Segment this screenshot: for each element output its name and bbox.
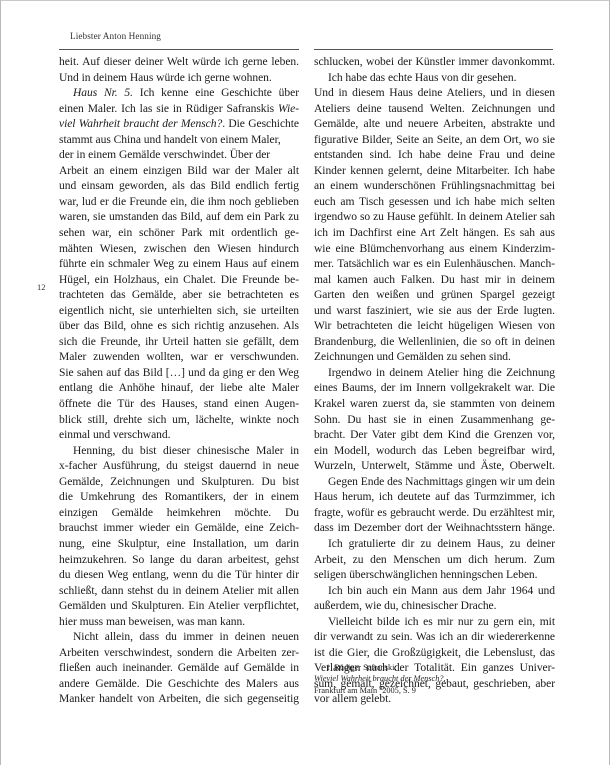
text-line: schlucken, wobei der Künstler immer davo… [314,55,555,71]
text-line: einzigen Gemälde heimkehren möchte. Du [59,506,299,522]
text-line: einmal und verschwand. [59,428,299,444]
text-line: die Umkehrung des Romantikers, der in ei… [59,490,299,506]
footnote-imprint: Frankfurt am Main 92005, S. 9 [314,684,446,696]
text-line: Ateliers deine tausend Welten. Zeichnung… [314,102,555,118]
text-line: Gemälde, Zeichnungen und Skulpturen. Du … [59,475,299,491]
text-line: Garten den weißen und grünen Spargel gez… [314,288,555,304]
text-line: an einem wunderschönen Frühlingsnachmitt… [314,179,555,195]
text-line: öffnete die Tür des Hauses, stand einen … [59,397,299,413]
line-text: . Die Geschichte [222,118,299,130]
footnote-author: Rüdiger Safranski: [334,663,396,672]
text-line: heit. Auf dieser deiner Welt würde ich g… [59,55,299,71]
text-line: viel Wahrheit braucht der Mensch?. Die G… [59,117,299,133]
text-line: trachteten das Gemälde, aber sie betrach… [59,288,299,304]
text-line: und warst fasziniert, wie sie aus der Er… [314,304,555,320]
text-line: sehen war, ein schöner Park mit ordentli… [59,226,299,242]
text-line: entlang die Anhöhe hinauf, der liebe alt… [59,381,299,397]
text-line: ein Modell, wodurch das Leben begreifbar… [314,444,555,460]
text-line: der in einem Gemälde verschwindet. Über … [59,148,299,164]
text-line: Wir betrachteten die leicht hügeligen Wi… [314,319,555,335]
text-line: wie eine Blümchenvorhang aus einem Kinde… [314,242,555,258]
text-line: stammt aus China und handelt von einem M… [59,133,299,149]
header-rule-left [59,49,299,50]
text-line: du diesen Weg entlang, wenn du die Tür h… [59,568,299,584]
text-line: Brandenburg, die Wellenlinien, die so of… [314,335,555,351]
text-line: andere Gemälde. Die Geschichte des Maler… [59,677,299,693]
text-line: ich im Dachfirst eine Art Zelt hängen. E… [314,226,555,242]
text-line: Kinder kennen gelernt, deine Mitarbeiter… [314,164,555,180]
text-line: nung, eine Skulptur, eine Installation, … [59,537,299,553]
text-line: dass im Dezember dort der Weihnachtsster… [314,521,555,537]
footnote-year-page: 2005, S. 9 [382,686,416,695]
text-column-right: schlucken, wobei der Künstler immer davo… [314,55,555,708]
text-line: figurative Bilder, Seite an Seite, an de… [314,133,555,149]
text-line: Irgendwo in deinem Atelier hing die Zeic… [314,366,555,382]
text-line: Zeichnungen und Gemälden zu sehen sind. [314,350,555,366]
italic-text: Haus Nr. 5. [73,87,133,99]
text-line: sich die Freunde, ihr Urteil hatten sie … [59,335,299,351]
text-line: Gemälde, alte und neuere Arbeiten, abstr… [314,117,555,133]
text-line: außerdem, wie du, chinesischer Drache. [314,599,555,615]
text-line: dir verwandt zu sein. Was ich an dir wie… [314,630,555,646]
text-line: Vielleicht bilde ich es mir nur zu gern … [314,615,555,631]
text-line: waren, sie umstanden das Bild, auf dem e… [59,210,299,226]
text-line: Arbeit, zu den Menschen um dich herum. Z… [314,553,555,569]
text-line: Und in deinem Haus würde ich gerne wohne… [59,71,299,87]
header-rule-right [314,49,553,50]
text-line: Sie sahen auf das Bild […] und da ging e… [59,366,299,382]
text-line: Haus herum, ich deutete auf das Turmzimm… [314,490,555,506]
text-line: Gemälden und Skulpturen. Ein Atelier ver… [59,599,299,615]
text-line: eigentlich nicht, sie unterhielten sich,… [59,304,299,320]
text-line: und einsam geworden, als das Bild endlic… [59,179,299,195]
text-line: euch am Tisch gesessen und ich habe mich… [314,195,555,211]
line-text: Ich kenne eine Geschichte über [133,87,299,99]
footnote-place: Frankfurt am Main [314,686,379,695]
text-line: bracht. Der Vater gibt dem Kind die Gren… [314,428,555,444]
text-line: mähten Wiesen, zwischen den Wiesen hindu… [59,242,299,258]
text-line: Krakel waren zuerst da, sie stammten von… [314,397,555,413]
running-head: Liebster Anton Henning [70,31,161,41]
line-text: einen Maler. Ich las sie in Rüdiger Safr… [59,103,278,115]
text-line: Manker handelt von Arbeiten, die sich ge… [59,692,299,708]
footnote-author-line: 1 Rüdiger Safranski: [314,662,446,673]
text-line: seligen überschwänglichen henningschen L… [314,568,555,584]
italic-text: Wie- [278,103,299,115]
text-line: Hügel, ein Holzhaus, ein Chalet. Die Fre… [59,273,299,289]
text-line: schließt, dann stehst du in deinem Ateli… [59,584,299,600]
footnote-number: 1 [326,663,330,672]
text-line: eines Baums, der im Innern vollgekrakelt… [314,381,555,397]
text-line: Ich bin auch ein Mann aus dem Jahr 1964 … [314,584,555,600]
italic-text: viel Wahrheit braucht der Mensch? [59,118,222,130]
footnote-title: Wieviel Wahrheit braucht der Mensch?, [314,673,446,684]
text-line: heimzukehren. So lange du daran arbeites… [59,553,299,569]
text-line: war, lud er die Freunde ein, die ihm noc… [59,195,299,211]
page-number: 12 [37,282,46,292]
text-line: blick still, drehte sich um, lächelte, w… [59,413,299,429]
text-line: x-facher Ausführung, du steigst dauernd … [59,459,299,475]
text-line: über das Bild, ohne es sich richtig anzu… [59,319,299,335]
text-line: mal kamen auch Falken. Du hast mir in de… [314,273,555,289]
text-line: Und in diesem Haus deine Ateliers, und i… [314,86,555,102]
text-line: ist die Gier, die Großzügigkeit, die Leb… [314,646,555,662]
text-line: fragte, wofür es gebraucht werde. Du erz… [314,506,555,522]
text-line: Arbeiten verschwindest, sondern die Arbe… [59,646,299,662]
text-line: irgendwo so zu Hause gefühlt. In deinem … [314,210,555,226]
text-line: entstanden sind. Ich habe deine Frau und… [314,148,555,164]
text-column-left: heit. Auf dieser deiner Welt würde ich g… [59,55,299,708]
text-line: Nicht allein, dass du immer in deinen ne… [59,630,299,646]
footnote: 1 Rüdiger Safranski: Wieviel Wahrheit br… [314,662,446,696]
text-line: Haus Nr. 5. Ich kenne eine Geschichte üb… [59,86,299,102]
text-line: Arbeit an einem einzigen Bild war der Ma… [59,164,299,180]
text-line: hier muss man beweisen, was man kann. [59,615,299,631]
text-line: Ich gratulierte dir zu deinem Haus, zu d… [314,537,555,553]
text-line: einen Maler. Ich las sie in Rüdiger Safr… [59,102,299,118]
text-line: mer. Tatsächlich war es ein Eulenhäusche… [314,257,555,273]
text-line: Ich habe das echte Haus von dir gesehen. [314,71,555,87]
text-line: Maler zuwenden wollten, war er verschwun… [59,350,299,366]
text-line: brauchst immer wieder ein Gemälde, eine … [59,521,299,537]
text-line: fließen auch ineinander. Gemälde auf Gem… [59,661,299,677]
text-line: Sohn. Du hast sie in einen Zusammenhang … [314,413,555,429]
text-line: Gegen Ende des Nachmittags gingen wir um… [314,475,555,491]
text-line: Henning, du bist dieser chinesische Male… [59,444,299,460]
text-line: Wurzeln, Unterwelt, Stämme und Äste, Obe… [314,459,555,475]
text-line: führte ein schmaler Weg zu einem Haus au… [59,257,299,273]
